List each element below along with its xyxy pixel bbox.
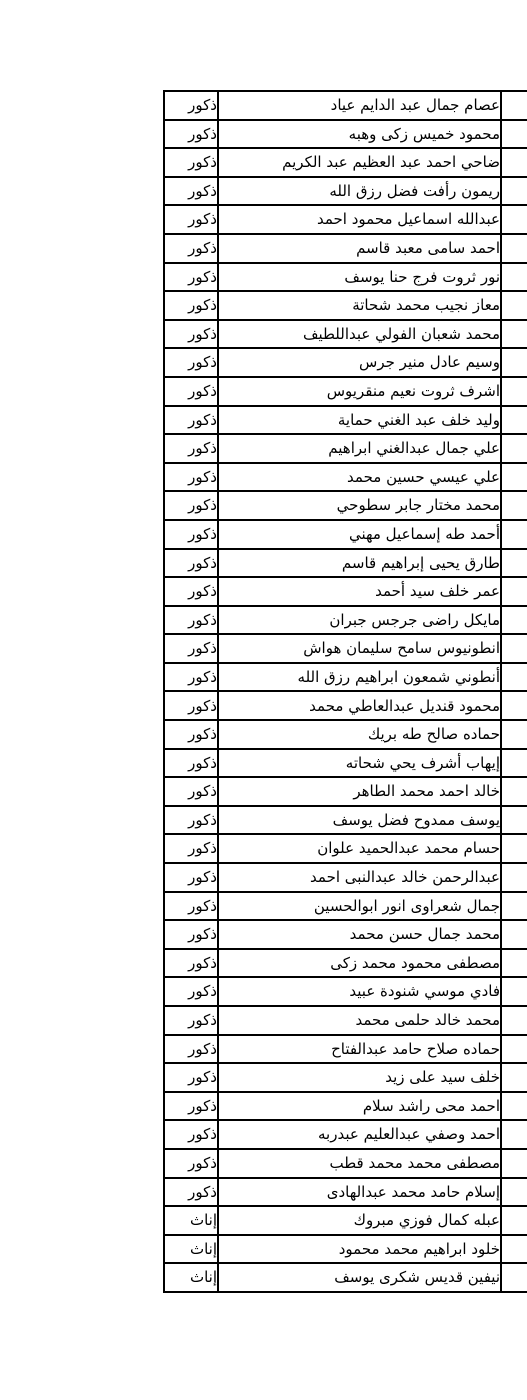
- name-cell: عمر خلف سيد أحمد: [218, 577, 501, 606]
- gender-cell: ذكور: [164, 749, 218, 778]
- table-row: ذكور ريمون رأفت فضل رزق الله: [164, 177, 527, 206]
- table-row: ذكور علي عيسي حسين محمد: [164, 463, 527, 492]
- clipped-right-cell: [501, 634, 527, 663]
- gender-cell: ذكور: [164, 1178, 218, 1207]
- table-row: ذكور حماده صالح طه بريك: [164, 720, 527, 749]
- gender-cell: ذكور: [164, 663, 218, 692]
- table-row: ذكور محمد مختار جابر سطوحي: [164, 491, 527, 520]
- table-row: ذكور إسلام حامد محمد عبدالهادى: [164, 1178, 527, 1207]
- clipped-right-cell: [501, 834, 527, 863]
- gender-cell: ذكور: [164, 691, 218, 720]
- clipped-right-cell: [501, 892, 527, 921]
- name-cell: أحمد طه إسماعيل مهني: [218, 520, 501, 549]
- gender-cell: ذكور: [164, 434, 218, 463]
- name-cell: حماده صالح طه بريك: [218, 720, 501, 749]
- table-row: ذكور محمد جمال حسن محمد: [164, 920, 527, 949]
- name-cell: علي جمال عبدالغني ابراهيم: [218, 434, 501, 463]
- table-row: ذكور أنطوني شمعون ابراهيم رزق الله: [164, 663, 527, 692]
- clipped-right-cell: [501, 577, 527, 606]
- gender-cell: ذكور: [164, 177, 218, 206]
- name-cell: إيهاب أشرف يحي شحاته: [218, 749, 501, 778]
- gender-cell: ذكور: [164, 1149, 218, 1178]
- scanned-document-page: ذكور عصام جمال عبد الدايم عياد ذكور محمو…: [0, 0, 527, 1400]
- name-cell: حسام محمد عبدالحميد علوان: [218, 834, 501, 863]
- gender-cell: ذكور: [164, 920, 218, 949]
- table-row: ذكور يوسف ممدوح فضل يوسف: [164, 806, 527, 835]
- name-cell: محمود قنديل عبدالعاطي محمد: [218, 691, 501, 720]
- table-row: ذكور جمال شعراوى انور ابوالحسين: [164, 892, 527, 921]
- gender-cell: ذكور: [164, 863, 218, 892]
- table-row: ذكور معاز نجيب محمد شحاتة: [164, 291, 527, 320]
- clipped-right-cell: [501, 434, 527, 463]
- gender-cell: ذكور: [164, 892, 218, 921]
- table-row: ذكور عمر خلف سيد أحمد: [164, 577, 527, 606]
- name-cell: مصطفى محمود محمد زكى: [218, 949, 501, 978]
- name-cell: أنطوني شمعون ابراهيم رزق الله: [218, 663, 501, 692]
- name-cell: ريمون رأفت فضل رزق الله: [218, 177, 501, 206]
- table-row: ذكور وسيم عادل منير جرس: [164, 348, 527, 377]
- name-cell: خالد احمد محمد الطاهر: [218, 777, 501, 806]
- clipped-right-cell: [501, 663, 527, 692]
- names-table-body: ذكور عصام جمال عبد الدايم عياد ذكور محمو…: [164, 91, 527, 1292]
- gender-cell: ذكور: [164, 120, 218, 149]
- name-cell: اشرف ثروت نعيم منقريوس: [218, 377, 501, 406]
- name-cell: احمد وصفي عبدالعليم عبدربه: [218, 1120, 501, 1149]
- gender-cell: ذكور: [164, 320, 218, 349]
- gender-cell: ذكور: [164, 406, 218, 435]
- name-cell: محمد شعبان الفولي عبداللطيف: [218, 320, 501, 349]
- table-row: ذكور ضاحي احمد عبد العظيم عبد الكريم: [164, 148, 527, 177]
- gender-cell: ذكور: [164, 291, 218, 320]
- gender-cell: ذكور: [164, 606, 218, 635]
- clipped-right-cell: [501, 920, 527, 949]
- name-cell: محمد خالد حلمى محمد: [218, 1006, 501, 1035]
- gender-cell: ذكور: [164, 1035, 218, 1064]
- gender-cell: إناث: [164, 1206, 218, 1235]
- name-cell: طارق يحيى إبراهيم قاسم: [218, 549, 501, 578]
- gender-cell: ذكور: [164, 1006, 218, 1035]
- gender-cell: ذكور: [164, 463, 218, 492]
- table-row: ذكور احمد سامى معبد قاسم: [164, 234, 527, 263]
- clipped-right-cell: [501, 691, 527, 720]
- gender-cell: ذكور: [164, 977, 218, 1006]
- gender-cell: ذكور: [164, 263, 218, 292]
- table-row: ذكور محمود خميس زكى وهبه: [164, 120, 527, 149]
- gender-cell: ذكور: [164, 234, 218, 263]
- gender-cell: ذكور: [164, 205, 218, 234]
- gender-cell: ذكور: [164, 1063, 218, 1092]
- gender-cell: ذكور: [164, 1120, 218, 1149]
- table-row: ذكور طارق يحيى إبراهيم قاسم: [164, 549, 527, 578]
- name-cell: وليد خلف عبد الغني حماية: [218, 406, 501, 435]
- clipped-right-cell: [501, 491, 527, 520]
- name-cell: عبدالله اسماعيل محمود احمد: [218, 205, 501, 234]
- gender-cell: إناث: [164, 1235, 218, 1264]
- clipped-right-cell: [501, 1235, 527, 1264]
- name-cell: احمد سامى معبد قاسم: [218, 234, 501, 263]
- clipped-right-cell: [501, 406, 527, 435]
- clipped-right-cell: [501, 463, 527, 492]
- name-cell: خلود ابراهيم محمد محمود: [218, 1235, 501, 1264]
- gender-cell: ذكور: [164, 577, 218, 606]
- name-cell: مايكل راضى جرجس جبران: [218, 606, 501, 635]
- name-cell: مصطفى محمد محمد قطب: [218, 1149, 501, 1178]
- clipped-right-cell: [501, 549, 527, 578]
- table-row: ذكور محمد خالد حلمى محمد: [164, 1006, 527, 1035]
- clipped-right-cell: [501, 234, 527, 263]
- table-row: ذكور علي جمال عبدالغني ابراهيم: [164, 434, 527, 463]
- clipped-right-cell: [501, 977, 527, 1006]
- table-row: ذكور عبدالله اسماعيل محمود احمد: [164, 205, 527, 234]
- table-row: ذكور حسام محمد عبدالحميد علوان: [164, 834, 527, 863]
- name-cell: محمود خميس زكى وهبه: [218, 120, 501, 149]
- table-row: ذكور إيهاب أشرف يحي شحاته: [164, 749, 527, 778]
- clipped-right-cell: [501, 377, 527, 406]
- name-cell: نيفين قديس شكرى يوسف: [218, 1263, 501, 1292]
- name-cell: عبدالرحمن خالد عبدالنبى احمد: [218, 863, 501, 892]
- gender-cell: ذكور: [164, 634, 218, 663]
- gender-cell: إناث: [164, 1263, 218, 1292]
- clipped-right-cell: [501, 205, 527, 234]
- gender-cell: ذكور: [164, 377, 218, 406]
- table-row: ذكور اشرف ثروت نعيم منقريوس: [164, 377, 527, 406]
- clipped-right-cell: [501, 1120, 527, 1149]
- table-row: ذكور انطونيوس سامح سليمان هواش: [164, 634, 527, 663]
- clipped-right-cell: [501, 263, 527, 292]
- gender-cell: ذكور: [164, 549, 218, 578]
- clipped-right-cell: [501, 177, 527, 206]
- name-cell: خلف سيد على زيد: [218, 1063, 501, 1092]
- name-cell: علي عيسي حسين محمد: [218, 463, 501, 492]
- name-cell: عصام جمال عبد الدايم عياد: [218, 91, 501, 120]
- table-row: ذكور عبدالرحمن خالد عبدالنبى احمد: [164, 863, 527, 892]
- clipped-right-cell: [501, 720, 527, 749]
- gender-cell: ذكور: [164, 348, 218, 377]
- table-row: ذكور نور ثروت فرج حنا يوسف: [164, 263, 527, 292]
- gender-cell: ذكور: [164, 520, 218, 549]
- name-cell: نور ثروت فرج حنا يوسف: [218, 263, 501, 292]
- name-cell: يوسف ممدوح فضل يوسف: [218, 806, 501, 835]
- clipped-right-cell: [501, 1263, 527, 1292]
- table-row: ذكور محمود قنديل عبدالعاطي محمد: [164, 691, 527, 720]
- name-cell: احمد محى راشد سلام: [218, 1092, 501, 1121]
- table-row: ذكور أحمد طه إسماعيل مهني: [164, 520, 527, 549]
- clipped-right-cell: [501, 606, 527, 635]
- gender-cell: ذكور: [164, 777, 218, 806]
- name-cell: محمد مختار جابر سطوحي: [218, 491, 501, 520]
- clipped-right-cell: [501, 120, 527, 149]
- gender-cell: ذكور: [164, 91, 218, 120]
- names-roster-table: ذكور عصام جمال عبد الدايم عياد ذكور محمو…: [163, 90, 527, 1293]
- table-row: ذكور عصام جمال عبد الدايم عياد: [164, 91, 527, 120]
- clipped-right-cell: [501, 1178, 527, 1207]
- clipped-right-cell: [501, 91, 527, 120]
- clipped-right-cell: [501, 806, 527, 835]
- name-cell: حماده صلاح حامد عبدالفتاح: [218, 1035, 501, 1064]
- table-row: ذكور مايكل راضى جرجس جبران: [164, 606, 527, 635]
- gender-cell: ذكور: [164, 949, 218, 978]
- clipped-right-cell: [501, 777, 527, 806]
- clipped-right-cell: [501, 949, 527, 978]
- clipped-right-cell: [501, 1149, 527, 1178]
- gender-cell: ذكور: [164, 720, 218, 749]
- clipped-right-cell: [501, 320, 527, 349]
- gender-cell: ذكور: [164, 806, 218, 835]
- table-row: إناث خلود ابراهيم محمد محمود: [164, 1235, 527, 1264]
- table-row: ذكور محمد شعبان الفولي عبداللطيف: [164, 320, 527, 349]
- table-row: ذكور حماده صلاح حامد عبدالفتاح: [164, 1035, 527, 1064]
- table-row: ذكور فادي موسي شنودة عبيد: [164, 977, 527, 1006]
- table-row: ذكور خالد احمد محمد الطاهر: [164, 777, 527, 806]
- name-cell: وسيم عادل منير جرس: [218, 348, 501, 377]
- name-cell: فادي موسي شنودة عبيد: [218, 977, 501, 1006]
- clipped-right-cell: [501, 1063, 527, 1092]
- gender-cell: ذكور: [164, 148, 218, 177]
- table-row: إناث نيفين قديس شكرى يوسف: [164, 1263, 527, 1292]
- table-row: ذكور وليد خلف عبد الغني حماية: [164, 406, 527, 435]
- clipped-right-cell: [501, 148, 527, 177]
- table-row: ذكور احمد وصفي عبدالعليم عبدربه: [164, 1120, 527, 1149]
- clipped-right-cell: [501, 348, 527, 377]
- name-cell: محمد جمال حسن محمد: [218, 920, 501, 949]
- clipped-right-cell: [501, 1206, 527, 1235]
- gender-cell: ذكور: [164, 491, 218, 520]
- clipped-right-cell: [501, 749, 527, 778]
- name-cell: إسلام حامد محمد عبدالهادى: [218, 1178, 501, 1207]
- clipped-right-cell: [501, 291, 527, 320]
- table-row: ذكور احمد محى راشد سلام: [164, 1092, 527, 1121]
- table-row: ذكور مصطفى محمود محمد زكى: [164, 949, 527, 978]
- name-cell: جمال شعراوى انور ابوالحسين: [218, 892, 501, 921]
- clipped-right-cell: [501, 1035, 527, 1064]
- table-row: ذكور مصطفى محمد محمد قطب: [164, 1149, 527, 1178]
- name-cell: معاز نجيب محمد شحاتة: [218, 291, 501, 320]
- name-cell: عبله كمال فوزي مبروك: [218, 1206, 501, 1235]
- table-row: إناث عبله كمال فوزي مبروك: [164, 1206, 527, 1235]
- clipped-right-cell: [501, 863, 527, 892]
- table-row: ذكور خلف سيد على زيد: [164, 1063, 527, 1092]
- name-cell: ضاحي احمد عبد العظيم عبد الكريم: [218, 148, 501, 177]
- clipped-right-cell: [501, 520, 527, 549]
- gender-cell: ذكور: [164, 1092, 218, 1121]
- gender-cell: ذكور: [164, 834, 218, 863]
- name-cell: انطونيوس سامح سليمان هواش: [218, 634, 501, 663]
- clipped-right-cell: [501, 1006, 527, 1035]
- clipped-right-cell: [501, 1092, 527, 1121]
